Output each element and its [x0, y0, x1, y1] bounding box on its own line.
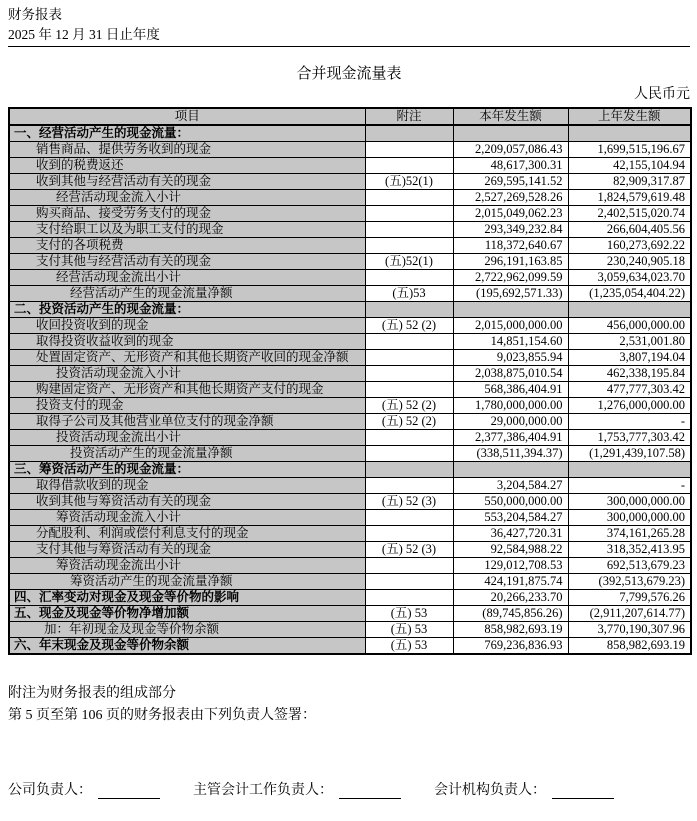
item-cell: 处置固定资产、无形资产和其他长期资产收回的现金净额 — [9, 350, 365, 366]
item-cell: 六、年末现金及现金等价物余额 — [9, 638, 365, 655]
item-cell: 销售商品、提供劳务收到的现金 — [9, 142, 365, 158]
item-cell: 支付的各项税费 — [9, 238, 365, 254]
prior-year-cell: 1,276,000,000.00 — [568, 398, 691, 414]
signature-field: 公司负责人： — [8, 779, 160, 799]
table-row: 五、现金及现金等价物净增加额 (五) 53 (89,745,856.26) (2… — [9, 606, 691, 622]
prior-year-cell: 1,824,579,619.48 — [568, 190, 691, 206]
current-year-cell: 568,386,404.91 — [453, 382, 568, 398]
table-row: 支付其他与经营活动有关的现金 (五)52(1) 296,191,163.85 2… — [9, 254, 691, 270]
table-row: 投资活动现金流出小计 2,377,386,404.91 1,753,777,30… — [9, 430, 691, 446]
current-year-cell: 2,209,057,086.43 — [453, 142, 568, 158]
note-cell: (五)52(1) — [365, 174, 453, 190]
item-cell: 投资活动现金流入小计 — [9, 366, 365, 382]
item-cell: 加：年初现金及现金等价物余额 — [9, 622, 365, 638]
item-cell: 支付给职工以及为职工支付的现金 — [9, 222, 365, 238]
item-cell: 二、投资活动产生的现金流量： — [9, 302, 365, 318]
current-year-cell: 48,617,300.31 — [453, 158, 568, 174]
currency-note: 人民币元 — [8, 86, 690, 104]
prior-year-cell: 300,000,000.00 — [568, 510, 691, 526]
current-year-cell: 2,015,000,000.00 — [453, 318, 568, 334]
note-cell — [365, 462, 453, 478]
document-page: 财务报表 2025 年 12 月 31 日止年度 合并现金流量表 人民币元 项目… — [0, 0, 697, 799]
table-row: 购建固定资产、无形资产和其他长期资产支付的现金 568,386,404.91 4… — [9, 382, 691, 398]
current-year-cell: (89,745,856.26) — [453, 606, 568, 622]
note-cell — [365, 526, 453, 542]
signature-field: 会计机构负责人： — [434, 779, 614, 799]
prior-year-cell: 318,352,413.95 — [568, 542, 691, 558]
cash-flow-table: 项目 附注 本年发生额 上年发生额 一、经营活动产生的现金流量： 销售商品、提供… — [8, 107, 692, 655]
table-row: 加：年初现金及现金等价物余额 (五) 53 858,982,693.19 3,7… — [9, 622, 691, 638]
prior-year-cell: 3,807,194.04 — [568, 350, 691, 366]
note-cell: (五)52(1) — [365, 254, 453, 270]
table-row: 取得借款收到的现金 3,204,584.27 - — [9, 478, 691, 494]
item-cell: 分配股利、利润或偿付利息支付的现金 — [9, 526, 365, 542]
prior-year-cell: 2,531,001.80 — [568, 334, 691, 350]
prior-year-cell: 477,777,303.42 — [568, 382, 691, 398]
note-cell — [365, 334, 453, 350]
note-cell — [365, 158, 453, 174]
current-year-cell — [453, 462, 568, 478]
prior-year-cell: 462,338,195.84 — [568, 366, 691, 382]
note-cell — [365, 125, 453, 142]
table-row: 投资活动现金流入小计 2,038,875,010.54 462,338,195.… — [9, 366, 691, 382]
item-cell: 投资支付的现金 — [9, 398, 365, 414]
item-cell: 投资活动现金流出小计 — [9, 430, 365, 446]
table-row: 支付给职工以及为职工支付的现金 293,349,232.84 266,604,4… — [9, 222, 691, 238]
current-year-cell — [453, 302, 568, 318]
item-cell: 筹资活动现金流出小计 — [9, 558, 365, 574]
col-header-note: 附注 — [365, 108, 453, 125]
current-year-cell: 424,191,875.74 — [453, 574, 568, 590]
item-cell: 筹资活动产生的现金流量净额 — [9, 574, 365, 590]
prior-year-cell: (392,513,679.23) — [568, 574, 691, 590]
item-cell: 经营活动现金流出小计 — [9, 270, 365, 286]
prior-year-cell: 160,273,692.22 — [568, 238, 691, 254]
current-year-cell: 36,427,720.31 — [453, 526, 568, 542]
note-cell — [365, 222, 453, 238]
signature-row: 公司负责人： 主管会计工作负责人： 会计机构负责人： — [8, 779, 690, 799]
table-row: 支付其他与筹资活动有关的现金 (五) 52 (3) 92,584,988.22 … — [9, 542, 691, 558]
table-header-row: 项目 附注 本年发生额 上年发生额 — [9, 108, 691, 125]
current-year-cell: 2,038,875,010.54 — [453, 366, 568, 382]
item-cell: 一、经营活动产生的现金流量： — [9, 125, 365, 142]
note-cell — [365, 142, 453, 158]
note-cell — [365, 366, 453, 382]
signature-label: 公司负责人： — [8, 779, 92, 799]
note-cell: (五)53 — [365, 286, 453, 302]
signature-blank-line — [339, 784, 401, 799]
note-cell — [365, 270, 453, 286]
note-cell — [365, 206, 453, 222]
note-cell — [365, 190, 453, 206]
prior-year-cell: 300,000,000.00 — [568, 494, 691, 510]
current-year-cell: (338,511,394.37) — [453, 446, 568, 462]
signature-blank-line — [552, 784, 614, 799]
prior-year-cell — [568, 125, 691, 142]
table-row: 收到其他与经营活动有关的现金 (五)52(1) 269,595,141.52 8… — [9, 174, 691, 190]
current-year-cell: 9,023,855.94 — [453, 350, 568, 366]
current-year-cell: 118,372,640.67 — [453, 238, 568, 254]
item-cell: 取得投资收益收到的现金 — [9, 334, 365, 350]
prior-year-cell: (1,291,439,107.58) — [568, 446, 691, 462]
signature-label: 会计机构负责人： — [434, 779, 546, 799]
prior-year-cell: 456,000,000.00 — [568, 318, 691, 334]
table-row: 分配股利、利润或偿付利息支付的现金 36,427,720.31 374,161,… — [9, 526, 691, 542]
table-row: 筹资活动现金流出小计 129,012,708.53 692,513,679.23 — [9, 558, 691, 574]
table-row: 收到的税费返还 48,617,300.31 42,155,104.94 — [9, 158, 691, 174]
current-year-cell: 293,349,232.84 — [453, 222, 568, 238]
prior-year-cell: 82,909,317.87 — [568, 174, 691, 190]
prior-year-cell — [568, 302, 691, 318]
current-year-cell: 769,236,836.93 — [453, 638, 568, 655]
note-cell — [365, 350, 453, 366]
col-header-current-year: 本年发生额 — [453, 108, 568, 125]
prior-year-cell: 858,982,693.19 — [568, 638, 691, 655]
current-year-cell: 1,780,000,000.00 — [453, 398, 568, 414]
table-row: 取得投资收益收到的现金 14,851,154.60 2,531,001.80 — [9, 334, 691, 350]
note-cell — [365, 302, 453, 318]
item-cell: 支付其他与经营活动有关的现金 — [9, 254, 365, 270]
note-cell: (五) 53 — [365, 606, 453, 622]
col-header-item: 项目 — [9, 108, 365, 125]
item-cell: 收到的税费返还 — [9, 158, 365, 174]
prior-year-cell: 266,604,405.56 — [568, 222, 691, 238]
current-year-cell: 129,012,708.53 — [453, 558, 568, 574]
prior-year-cell: 692,513,679.23 — [568, 558, 691, 574]
table-row: 销售商品、提供劳务收到的现金 2,209,057,086.43 1,699,51… — [9, 142, 691, 158]
note-cell: (五) 52 (2) — [365, 414, 453, 430]
current-year-cell: 550,000,000.00 — [453, 494, 568, 510]
current-year-cell: 3,204,584.27 — [453, 478, 568, 494]
current-year-cell: 858,982,693.19 — [453, 622, 568, 638]
note-cell — [365, 478, 453, 494]
current-year-cell — [453, 125, 568, 142]
current-year-cell: 269,595,141.52 — [453, 174, 568, 190]
note-cell: (五) 52 (2) — [365, 318, 453, 334]
current-year-cell: 14,851,154.60 — [453, 334, 568, 350]
prior-year-cell: 1,699,515,196.67 — [568, 142, 691, 158]
item-cell: 经营活动产生的现金流量净额 — [9, 286, 365, 302]
prior-year-cell: (2,911,207,614.77) — [568, 606, 691, 622]
period-line: 2025 年 12 月 31 日止年度 — [8, 25, 690, 47]
prior-year-cell — [568, 462, 691, 478]
table-row: 经营活动产生的现金流量净额 (五)53 (195,692,571.33) (1,… — [9, 286, 691, 302]
item-cell: 支付其他与筹资活动有关的现金 — [9, 542, 365, 558]
table-row: 收回投资收到的现金 (五) 52 (2) 2,015,000,000.00 45… — [9, 318, 691, 334]
item-cell: 三、筹资活动产生的现金流量： — [9, 462, 365, 478]
note-cell — [365, 430, 453, 446]
prior-year-cell: - — [568, 414, 691, 430]
table-row: 六、年末现金及现金等价物余额 (五) 53 769,236,836.93 858… — [9, 638, 691, 655]
note-cell — [365, 446, 453, 462]
note-cell: (五) 52 (3) — [365, 542, 453, 558]
prior-year-cell: 1,753,777,303.42 — [568, 430, 691, 446]
table-row: 一、经营活动产生的现金流量： — [9, 125, 691, 142]
item-cell: 经营活动现金流入小计 — [9, 190, 365, 206]
note-cell — [365, 558, 453, 574]
doc-label: 财务报表 — [8, 5, 690, 25]
table-row: 经营活动现金流入小计 2,527,269,528.26 1,824,579,61… — [9, 190, 691, 206]
item-cell: 四、汇率变动对现金及现金等价物的影响 — [9, 590, 365, 606]
item-cell: 取得借款收到的现金 — [9, 478, 365, 494]
signature-field: 主管会计工作负责人： — [193, 779, 401, 799]
prior-year-cell: - — [568, 478, 691, 494]
current-year-cell: 2,722,962,099.59 — [453, 270, 568, 286]
table-row: 投资活动产生的现金流量净额 (338,511,394.37) (1,291,43… — [9, 446, 691, 462]
item-cell: 收回投资收到的现金 — [9, 318, 365, 334]
note-cell: (五) 52 (3) — [365, 494, 453, 510]
note-cell — [365, 590, 453, 606]
item-cell: 五、现金及现金等价物净增加额 — [9, 606, 365, 622]
footnote-2: 第 5 页至第 106 页的财务报表由下列负责人签署： — [8, 705, 690, 727]
table-row: 经营活动现金流出小计 2,722,962,099.59 3,059,634,02… — [9, 270, 691, 286]
prior-year-cell: 230,240,905.18 — [568, 254, 691, 270]
table-row: 三、筹资活动产生的现金流量： — [9, 462, 691, 478]
note-cell — [365, 510, 453, 526]
item-cell: 投资活动产生的现金流量净额 — [9, 446, 365, 462]
table-row: 购买商品、接受劳务支付的现金 2,015,049,062.23 2,402,51… — [9, 206, 691, 222]
item-cell: 购买商品、接受劳务支付的现金 — [9, 206, 365, 222]
table-row: 取得子公司及其他营业单位支付的现金净额 (五) 52 (2) 29,000,00… — [9, 414, 691, 430]
note-cell — [365, 574, 453, 590]
prior-year-cell: 374,161,265.28 — [568, 526, 691, 542]
note-cell: (五) 52 (2) — [365, 398, 453, 414]
current-year-cell: 553,204,584.27 — [453, 510, 568, 526]
prior-year-cell: 2,402,515,020.74 — [568, 206, 691, 222]
col-header-prior-year: 上年发生额 — [568, 108, 691, 125]
current-year-cell: 92,584,988.22 — [453, 542, 568, 558]
current-year-cell: (195,692,571.33) — [453, 286, 568, 302]
current-year-cell: 29,000,000.00 — [453, 414, 568, 430]
prior-year-cell: 7,799,576.26 — [568, 590, 691, 606]
table-row: 投资支付的现金 (五) 52 (2) 1,780,000,000.00 1,27… — [9, 398, 691, 414]
signature-blank-line — [98, 784, 160, 799]
table-row: 筹资活动现金流入小计 553,204,584.27 300,000,000.00 — [9, 510, 691, 526]
current-year-cell: 2,377,386,404.91 — [453, 430, 568, 446]
statement-title: 合并现金流量表 — [8, 64, 690, 84]
current-year-cell: 296,191,163.85 — [453, 254, 568, 270]
table-row: 收到其他与筹资活动有关的现金 (五) 52 (3) 550,000,000.00… — [9, 494, 691, 510]
prior-year-cell: (1,235,054,404.22) — [568, 286, 691, 302]
current-year-cell: 2,527,269,528.26 — [453, 190, 568, 206]
table-row: 二、投资活动产生的现金流量： — [9, 302, 691, 318]
current-year-cell: 2,015,049,062.23 — [453, 206, 568, 222]
note-cell: (五) 53 — [365, 622, 453, 638]
item-cell: 收到其他与经营活动有关的现金 — [9, 174, 365, 190]
item-cell: 筹资活动现金流入小计 — [9, 510, 365, 526]
item-cell: 收到其他与筹资活动有关的现金 — [9, 494, 365, 510]
table-row: 四、汇率变动对现金及现金等价物的影响 20,266,233.70 7,799,5… — [9, 590, 691, 606]
item-cell: 取得子公司及其他营业单位支付的现金净额 — [9, 414, 365, 430]
prior-year-cell: 42,155,104.94 — [568, 158, 691, 174]
note-cell — [365, 238, 453, 254]
note-cell — [365, 382, 453, 398]
current-year-cell: 20,266,233.70 — [453, 590, 568, 606]
note-cell: (五) 53 — [365, 638, 453, 655]
item-cell: 购建固定资产、无形资产和其他长期资产支付的现金 — [9, 382, 365, 398]
prior-year-cell: 3,059,634,023.70 — [568, 270, 691, 286]
table-row: 支付的各项税费 118,372,640.67 160,273,692.22 — [9, 238, 691, 254]
footnotes: 附注为财务报表的组成部分 第 5 页至第 106 页的财务报表由下列负责人签署： — [8, 683, 690, 727]
signature-label: 主管会计工作负责人： — [193, 779, 333, 799]
prior-year-cell: 3,770,190,307.96 — [568, 622, 691, 638]
footnote-1: 附注为财务报表的组成部分 — [8, 683, 690, 705]
table-row: 处置固定资产、无形资产和其他长期资产收回的现金净额 9,023,855.94 3… — [9, 350, 691, 366]
table-row: 筹资活动产生的现金流量净额 424,191,875.74 (392,513,67… — [9, 574, 691, 590]
